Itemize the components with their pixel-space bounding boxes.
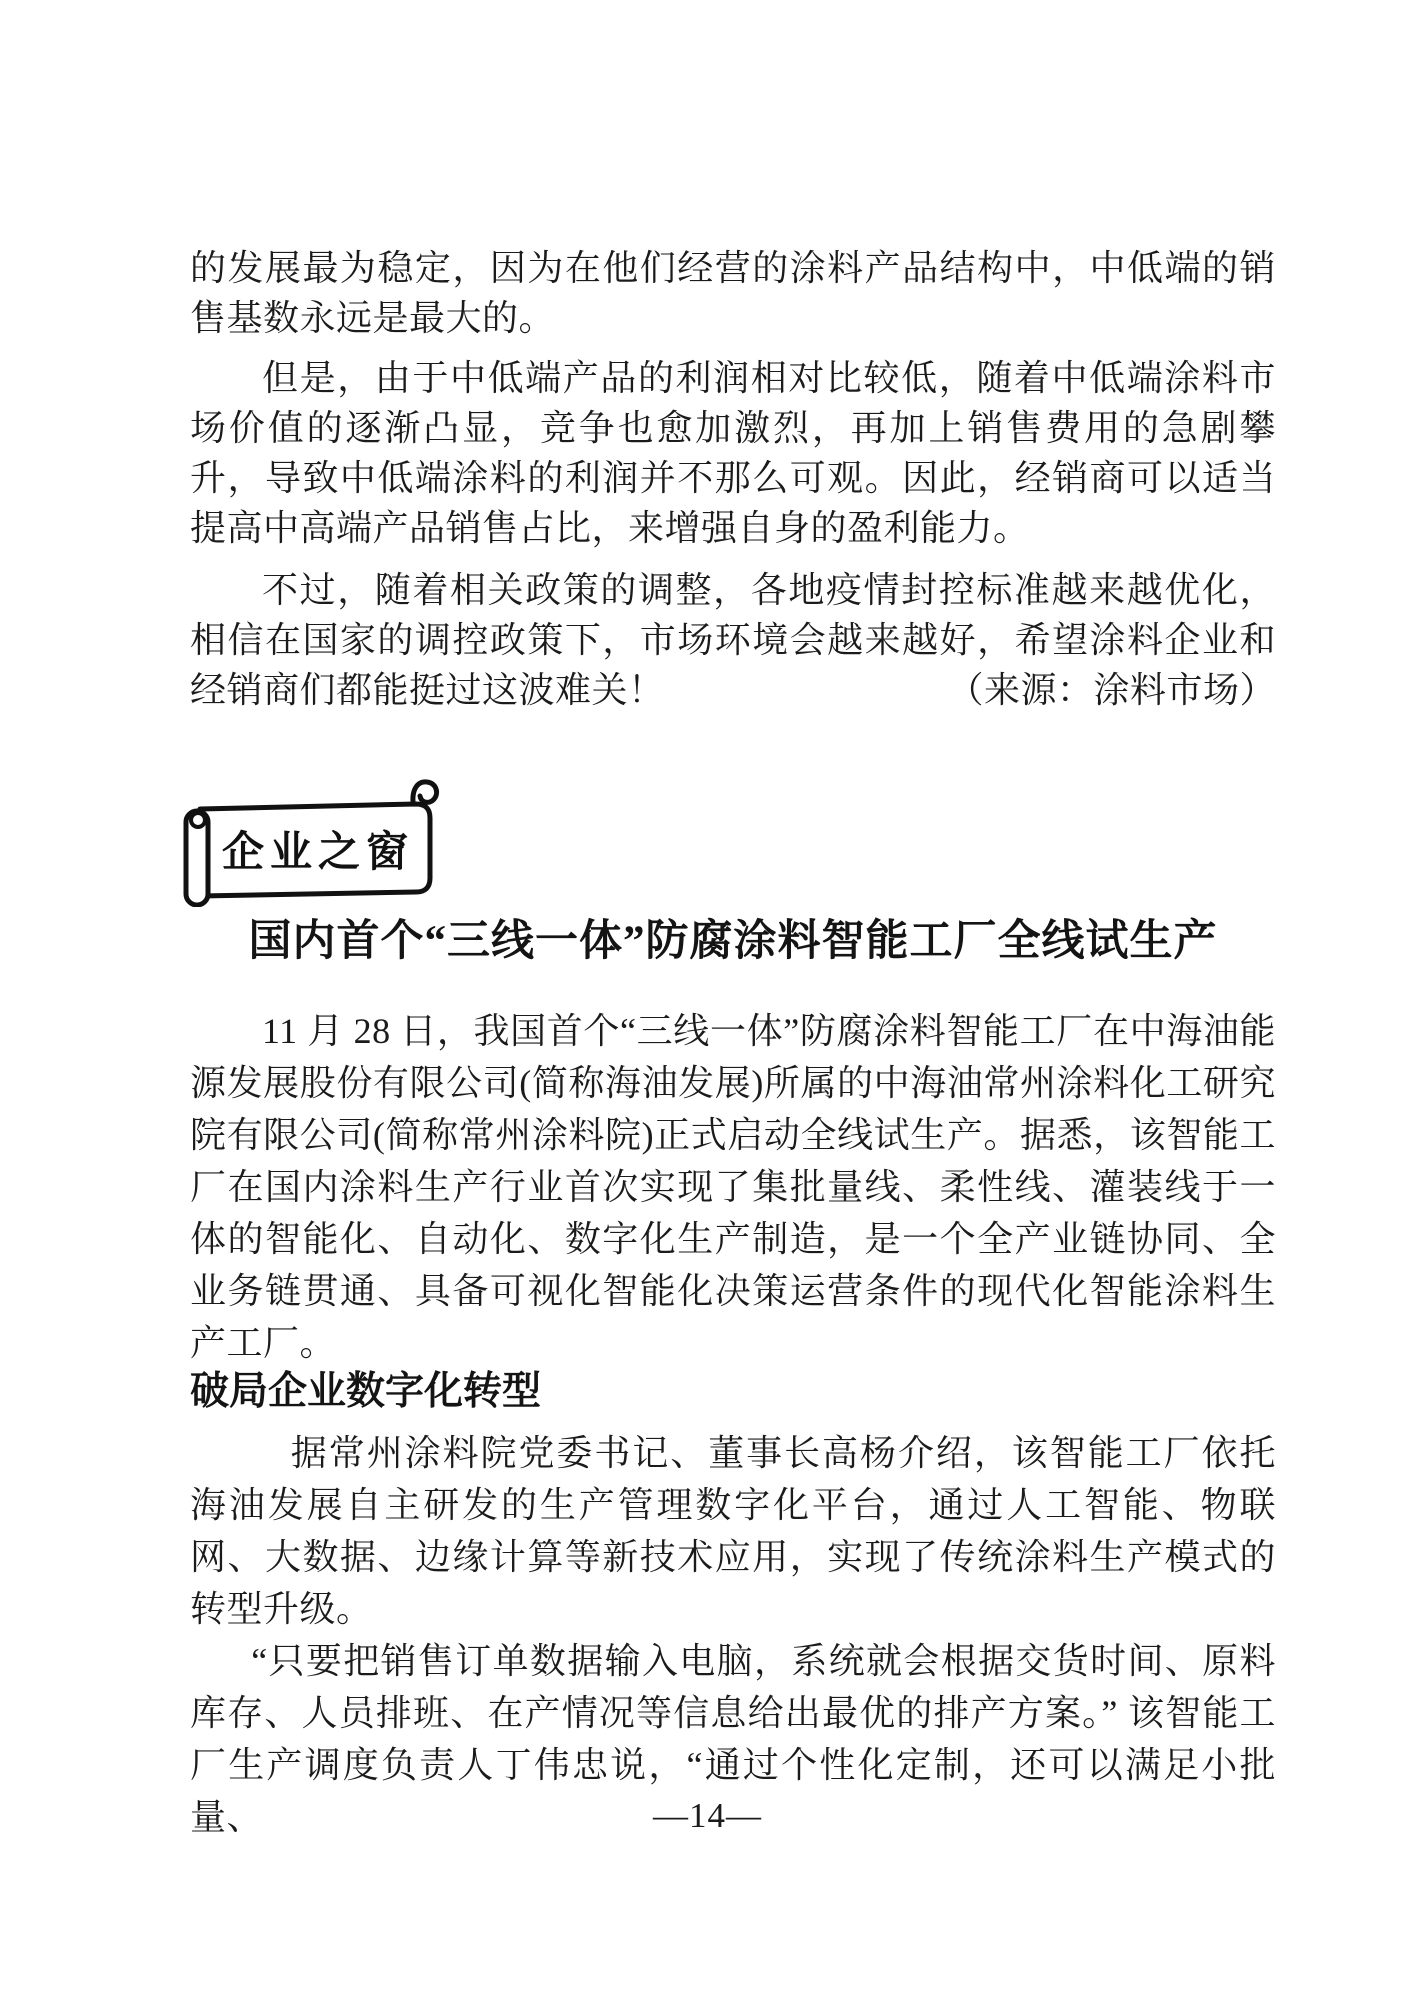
- source-attribution: （来源：涂料市场）: [875, 665, 1276, 715]
- page-content: 的发展最为稳定，因为在他们经营的涂料产品结构中，中低端的销售基数永远是最大的。 …: [190, 243, 1276, 1843]
- paragraph-policy-outlook: 不过，随着相关政策的调整，各地疫情封控标准越来越优化，相信在国家的调控政策下，市…: [190, 565, 1276, 715]
- paragraph-digital-platform: 据常州涂料院党委书记、董事长高杨介绍，该智能工厂依托海油发展自主研发的生产管理数…: [190, 1427, 1276, 1635]
- paragraph-market-stability: 的发展最为稳定，因为在他们经营的涂料产品结构中，中低端的销售基数永远是最大的。: [190, 243, 1276, 343]
- paragraph-factory-launch: 11 月 28 日，我国首个“三线一体”防腐涂料智能工厂在中海油能源发展股份有限…: [190, 1005, 1276, 1369]
- section-banner-label: 企业之窗: [208, 805, 428, 893]
- article-title: 国内首个“三线一体”防腐涂料智能工厂全线试生产: [190, 915, 1276, 969]
- paragraph-profit-analysis: 但是，由于中低端产品的利润相对比较低，随着中低端涂料市场价值的逐渐凸显，竞争也愈…: [190, 353, 1276, 553]
- page-number: —14—: [0, 1796, 1415, 1836]
- document-page: 的发展最为稳定，因为在他们经营的涂料产品结构中，中低端的销售基数永远是最大的。 …: [0, 0, 1415, 2000]
- section-banner: 企业之窗: [190, 775, 460, 907]
- article-subheading: 破局企业数字化转型: [190, 1369, 1276, 1415]
